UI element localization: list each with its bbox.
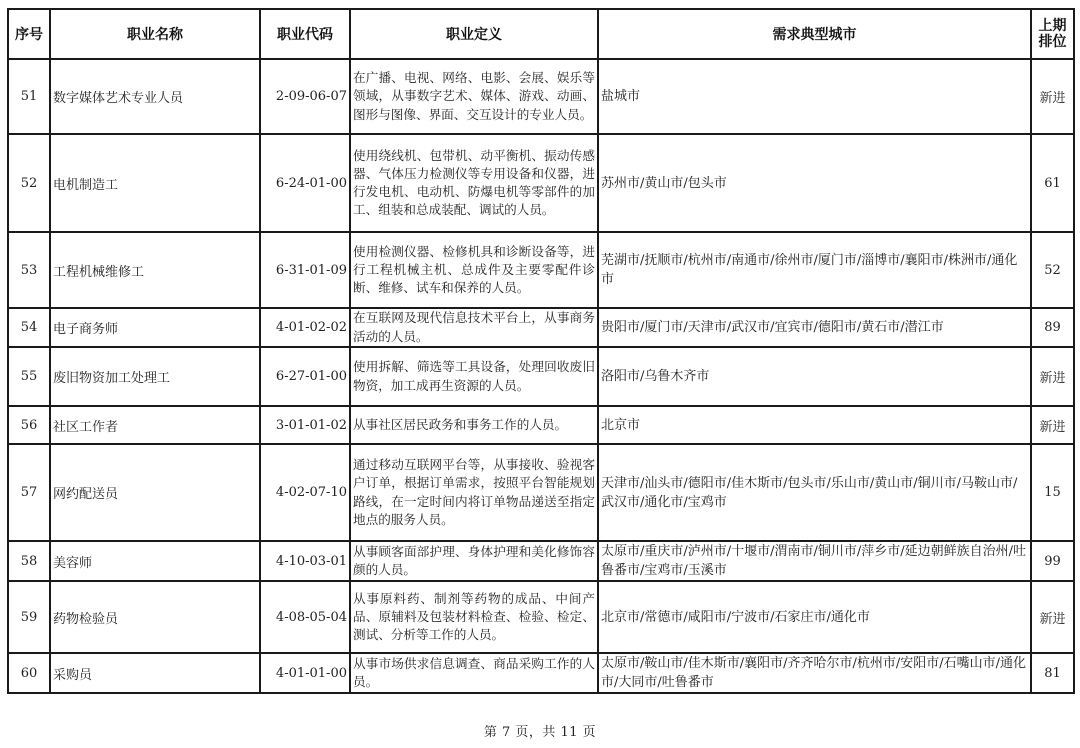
row-prev-rank: 99 [1031, 541, 1074, 581]
row-name: 社区工作者 [50, 406, 260, 444]
row-code: 3-01-01-02 [260, 406, 350, 444]
row-index: 55 [8, 347, 50, 406]
row-index: 56 [8, 406, 50, 444]
header-prev-rank-line2: 排位 [1034, 34, 1071, 50]
table-header-row: 序号 职业名称 职业代码 职业定义 需求典型城市 上期 排位 [8, 9, 1074, 59]
row-prev-rank: 81 [1031, 653, 1074, 693]
row-name: 电机制造工 [50, 134, 260, 232]
table-row: 55 废旧物资加工处理工 6-27-01-00 使用拆解、筛选等工具设备，处理回… [8, 347, 1074, 406]
row-index: 57 [8, 444, 50, 541]
row-cities: 洛阳市/乌鲁木齐市 [598, 347, 1031, 406]
table-row: 60 采购员 4-01-01-00 从事市场供求信息调查、商品采购工作的人员。 … [8, 653, 1074, 693]
row-prev-rank: 新进 [1031, 347, 1074, 406]
row-definition: 从事原料药、制剂等药物的成品、中间产品、原辅料及包装材料检查、检验、检定、测试、… [350, 581, 598, 653]
table-row: 59 药物检验员 4-08-05-04 从事原料药、制剂等药物的成品、中间产品、… [8, 581, 1074, 653]
row-index: 58 [8, 541, 50, 581]
row-code: 4-10-03-01 [260, 541, 350, 581]
row-definition: 使用绕线机、包带机、动平衡机、振动传感器、气体压力检测仪等专用设备和仪器，进行发… [350, 134, 598, 232]
row-name: 废旧物资加工处理工 [50, 347, 260, 406]
row-code: 2-09-06-07 [260, 59, 350, 134]
row-prev-rank: 89 [1031, 308, 1074, 347]
table-row: 54 电子商务师 4-01-02-02 在互联网及现代信息技术平台上，从事商务活… [8, 308, 1074, 347]
row-index: 54 [8, 308, 50, 347]
row-definition: 通过移动互联网平台等，从事接收、验视客户订单，根据订单需求，按照平台智能规划路线… [350, 444, 598, 541]
row-index: 52 [8, 134, 50, 232]
row-prev-rank: 15 [1031, 444, 1074, 541]
row-prev-rank: 新进 [1031, 581, 1074, 653]
table-row: 53 工程机械维修工 6-31-01-09 使用检测仪器、检修机具和诊断设备等，… [8, 232, 1074, 308]
row-name: 电子商务师 [50, 308, 260, 347]
row-prev-rank: 新进 [1031, 406, 1074, 444]
row-cities: 贵阳市/厦门市/天津市/武汉市/宜宾市/德阳市/黄石市/潜江市 [598, 308, 1031, 347]
row-prev-rank: 61 [1031, 134, 1074, 232]
table-row: 57 网约配送员 4-02-07-10 通过移动互联网平台等，从事接收、验视客户… [8, 444, 1074, 541]
header-cities: 需求典型城市 [598, 9, 1031, 59]
header-code: 职业代码 [260, 9, 350, 59]
header-name: 职业名称 [50, 9, 260, 59]
row-definition: 从事市场供求信息调查、商品采购工作的人员。 [350, 653, 598, 693]
row-cities: 盐城市 [598, 59, 1031, 134]
row-code: 6-27-01-00 [260, 347, 350, 406]
row-code: 4-02-07-10 [260, 444, 350, 541]
row-definition: 使用拆解、筛选等工具设备，处理回收废旧物资，加工成再生资源的人员。 [350, 347, 598, 406]
row-cities: 天津市/汕头市/德阳市/佳木斯市/包头市/乐山市/黄山市/铜川市/马鞍山市/武汉… [598, 444, 1031, 541]
row-code: 4-01-01-00 [260, 653, 350, 693]
row-cities: 芜湖市/抚顺市/杭州市/南通市/徐州市/厦门市/淄博市/襄阳市/株洲市/通化市 [598, 232, 1031, 308]
row-definition: 在互联网及现代信息技术平台上，从事商务活动的人员。 [350, 308, 598, 347]
table-row: 56 社区工作者 3-01-01-02 从事社区居民政务和事务工作的人员。 北京… [8, 406, 1074, 444]
row-prev-rank: 52 [1031, 232, 1074, 308]
row-name: 工程机械维修工 [50, 232, 260, 308]
row-name: 药物检验员 [50, 581, 260, 653]
row-cities: 北京市/常德市/咸阳市/宁波市/石家庄市/通化市 [598, 581, 1031, 653]
row-index: 59 [8, 581, 50, 653]
row-cities: 苏州市/黄山市/包头市 [598, 134, 1031, 232]
row-definition: 从事社区居民政务和事务工作的人员。 [350, 406, 598, 444]
row-code: 4-01-02-02 [260, 308, 350, 347]
row-cities: 北京市 [598, 406, 1031, 444]
row-cities: 太原市/鞍山市/佳木斯市/襄阳市/齐齐哈尔市/杭州市/安阳市/石嘴山市/通化市/… [598, 653, 1031, 693]
row-code: 6-31-01-09 [260, 232, 350, 308]
header-prev-rank: 上期 排位 [1031, 9, 1074, 59]
header-definition: 职业定义 [350, 9, 598, 59]
page-number: 第 7 页，共 11 页 [0, 721, 1080, 740]
row-index: 60 [8, 653, 50, 693]
row-cities: 太原市/重庆市/泸州市/十堰市/渭南市/铜川市/萍乡市/延边朝鲜族自治州/吐鲁番… [598, 541, 1031, 581]
row-prev-rank: 新进 [1031, 59, 1074, 134]
row-name: 数字媒体艺术专业人员 [50, 59, 260, 134]
table-row: 52 电机制造工 6-24-01-00 使用绕线机、包带机、动平衡机、振动传感器… [8, 134, 1074, 232]
row-code: 4-08-05-04 [260, 581, 350, 653]
row-definition: 在广播、电视、网络、电影、会展、娱乐等领域，从事数字艺术、媒体、游戏、动画、图形… [350, 59, 598, 134]
table-row: 51 数字媒体艺术专业人员 2-09-06-07 在广播、电视、网络、电影、会展… [8, 59, 1074, 134]
row-name: 美容师 [50, 541, 260, 581]
row-index: 51 [8, 59, 50, 134]
row-definition: 从事顾客面部护理、身体护理和美化修饰容颜的人员。 [350, 541, 598, 581]
row-name: 采购员 [50, 653, 260, 693]
table-row: 58 美容师 4-10-03-01 从事顾客面部护理、身体护理和美化修饰容颜的人… [8, 541, 1074, 581]
row-definition: 使用检测仪器、检修机具和诊断设备等，进行工程机械主机、总成件及主要零配件诊断、维… [350, 232, 598, 308]
header-prev-rank-line1: 上期 [1034, 18, 1071, 34]
row-code: 6-24-01-00 [260, 134, 350, 232]
row-name: 网约配送员 [50, 444, 260, 541]
row-index: 53 [8, 232, 50, 308]
header-index: 序号 [8, 9, 50, 59]
occupation-table: 序号 职业名称 职业代码 职业定义 需求典型城市 上期 排位 51 数字媒体艺术… [7, 8, 1075, 694]
